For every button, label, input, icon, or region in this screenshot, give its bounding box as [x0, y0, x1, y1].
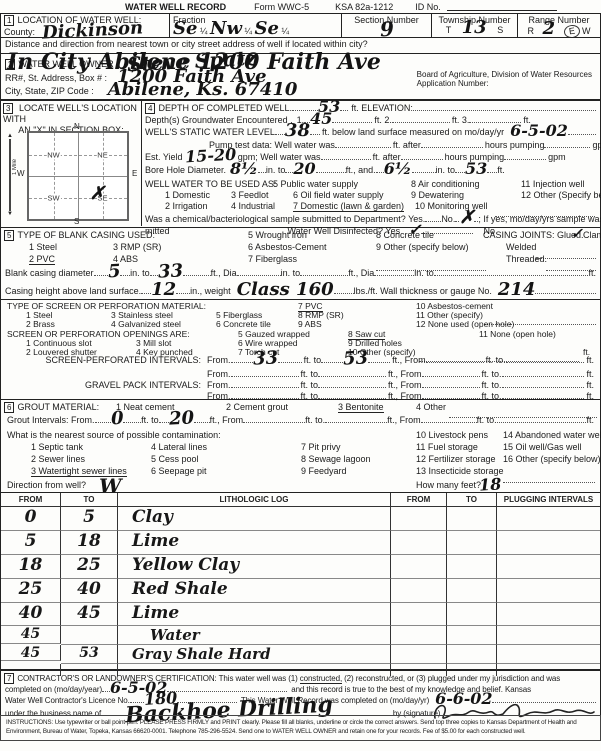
use-option: 12 Other (Specify below)	[521, 190, 601, 200]
joints-threaded-label: Threaded.	[506, 254, 547, 264]
compass-east-label: E	[132, 169, 137, 178]
screen-intervals-label: SCREEN-PERFORATED INTERVALS:	[1, 355, 201, 365]
use-option: 11 Injection well	[521, 179, 584, 189]
agency-name: Board of Agriculture, Division of Water …	[417, 70, 592, 79]
log-to-value: 5	[83, 507, 95, 527]
plug-to-cell	[447, 645, 497, 664]
log-lith-cell: Lime	[118, 603, 391, 626]
casing-height-value: 12	[151, 287, 176, 293]
log-from-value: 25	[19, 579, 43, 599]
ft-from-label: ft., From	[388, 380, 422, 390]
use-option: 2 Irrigation	[165, 201, 208, 211]
gw3-label: ft. 3.	[452, 115, 470, 125]
sample-question: Was a chemical/bacteriological sample su…	[145, 214, 425, 224]
casing-option: 8 Concrete tile	[376, 230, 434, 240]
use-option: 9 Dewatering	[411, 190, 464, 200]
section-number-box: 6	[4, 402, 14, 413]
contamination-option: 11 Fuel storage	[416, 442, 478, 452]
compass-north-label: N	[74, 122, 80, 131]
log-to-value: 40	[77, 579, 101, 599]
grout-title: GROUT MATERIAL:	[17, 402, 99, 412]
quarter-glyph: ¼	[200, 26, 208, 36]
log-header-from2: FROM	[391, 493, 447, 507]
owner-city-label: City, State, ZIP Code :	[5, 86, 94, 96]
log-lith-value: Yellow Clay	[132, 555, 239, 575]
log-lith-cell: Gray Shale Hard	[118, 645, 391, 664]
bore-depth-2-value: 53	[465, 166, 487, 172]
plug-interval-cell	[497, 626, 600, 645]
grout-option: 2 Cement grout	[226, 402, 288, 412]
from-label: From.	[207, 355, 231, 365]
casing-depth-value: 33	[158, 268, 183, 275]
section-screen: TYPE OF SCREEN OR PERFORATION MATERIAL: …	[0, 300, 601, 352]
ft-to-label: ft. to.	[486, 355, 506, 365]
ft-from-label: ft., From	[388, 369, 422, 379]
log-to-cell	[61, 626, 118, 645]
form-title: WATER WELL RECORD	[125, 2, 226, 12]
log-header-plugging: PLUGGING INTERVALS	[497, 493, 600, 507]
log-lith-cell: Clay	[118, 507, 391, 531]
use-option: 5 Public water supply	[273, 179, 358, 189]
section-number-value: 9	[379, 26, 393, 33]
range-label: Range Number	[521, 15, 597, 25]
log-from-cell: 18	[1, 555, 61, 579]
range-r: R	[527, 26, 534, 36]
bore-hole-label: Bore Hole Diameter.	[145, 165, 226, 175]
joints-clamped-label: Clamped.	[583, 230, 601, 240]
log-from-value: 45	[21, 626, 40, 642]
log-to-cell: 40	[61, 579, 118, 603]
township-t: T	[446, 25, 451, 35]
log-to-cell: 25	[61, 555, 118, 579]
ft-label: ft.	[586, 355, 594, 365]
grout-option: 1 Neat cement	[116, 402, 175, 412]
joints-welded-label: Welded	[506, 242, 536, 252]
grout-option: 4 Other	[416, 402, 446, 412]
log-from-cell: 45	[1, 645, 61, 661]
log-from-value: 0	[25, 507, 37, 527]
quarter-glyph: ¼	[281, 26, 289, 36]
contamination-option: 15 Oil well/Gas well	[503, 442, 582, 452]
ft-to-label: ft. to	[301, 369, 319, 379]
fraction-1-value: Se	[173, 18, 197, 39]
use-option: 4 Industrial	[231, 201, 275, 211]
est-yield-label: Est. Yield	[145, 152, 183, 162]
plug-from-cell	[391, 579, 447, 603]
log-from-cell: 40	[1, 603, 61, 626]
log-from-value: 18	[19, 555, 43, 575]
section-intervals: SCREEN-PERFORATED INTERVALS: From. 33 ft…	[0, 352, 601, 400]
ft-dia-label: ft., Dia	[348, 268, 374, 278]
certification-constructed-underlined: constructed,	[300, 674, 342, 684]
casing-option-selected: 2 PVC	[29, 254, 55, 265]
feet-label: How many feet?	[416, 480, 481, 490]
use-option: 3 Feedlot	[231, 190, 269, 200]
owner-city-value: Abilene, Ks. 67410	[108, 87, 298, 93]
section-number-box: 7	[4, 673, 14, 684]
elevation-label: ft. ELEVATION:	[351, 103, 413, 113]
est-yield-value: 15-20	[184, 152, 235, 161]
plug-to-cell	[447, 626, 497, 645]
casing-option: 9 Other (specify below)	[376, 242, 469, 252]
form-header: WATER WELL RECORD Form WWC-5 KSA 82a-121…	[0, 0, 601, 13]
casing-option: 3 RMP (SR)	[113, 242, 161, 252]
one-mile-label: 1 Mile	[12, 159, 18, 175]
ft-to-label: ft. to.	[482, 369, 502, 379]
id-blank-line	[447, 2, 557, 11]
section-location-box-and-depth: 3 LOCATE WELL'S LOCATION WITH AN "X" IN …	[0, 100, 601, 228]
bore-depth-1-value: 20	[293, 166, 315, 172]
log-to-value: 53	[79, 645, 98, 661]
township-value: 13	[462, 17, 487, 38]
log-lith-value: Water	[150, 626, 200, 644]
log-to-cell: 18	[61, 531, 118, 555]
instructions-line-1: INSTRUCTIONS: Use typewriter or ball poi…	[6, 718, 595, 727]
plug-from-cell	[391, 645, 447, 664]
quadrant-sw-label: SW	[46, 193, 60, 202]
plug-interval-cell	[497, 603, 600, 626]
distance-label: Distance and direction from nearest town…	[5, 39, 368, 49]
ft-after-label: ft. after	[393, 140, 421, 150]
ft-from-label: ft., From	[210, 415, 244, 425]
log-from-value: 5	[25, 531, 37, 551]
grout-intervals-label: Grout Intervals: From.	[7, 415, 95, 425]
gpm-label: gpm	[548, 152, 566, 162]
instructions-line-2: Environment, Bureau of Water, Topeka, Ka…	[6, 727, 595, 736]
use-option: 8 Air conditioning	[411, 179, 480, 189]
section-location: 1LOCATION OF WATER WELL: County: Dickins…	[0, 13, 601, 54]
grid-dashed-line	[29, 155, 127, 156]
plug-from-cell	[391, 626, 447, 645]
gravel-intervals-label: GRAVEL PACK INTERVALS:	[1, 380, 201, 390]
in-to-label: in. to	[414, 268, 434, 278]
ft-label: ft.	[586, 380, 594, 390]
log-lith-cell: Lime	[118, 531, 391, 555]
log-lith-value: Clay	[132, 507, 173, 527]
range-value: 2	[542, 18, 555, 39]
casing-option: 7 Fiberglass	[248, 254, 297, 264]
log-from-cell: 5	[1, 531, 61, 555]
lithologic-log-table: FROM TO LITHOLOGIC LOG FROM TO PLUGGING …	[0, 492, 601, 670]
log-header-to: TO	[61, 493, 118, 507]
ft-to-label: ft. to.	[477, 415, 497, 425]
in-to-label: in. to	[436, 165, 456, 175]
plug-interval-cell	[497, 645, 600, 664]
direction-value: W	[99, 483, 121, 489]
use-option-selected: 7 Domestic (lawn & garden)	[293, 201, 404, 212]
section-box-title-1: LOCATE WELL'S LOCATION WITH	[3, 103, 137, 124]
joints-glued-mark: ✓	[571, 231, 583, 237]
contamination-option: 6 Seepage pit	[151, 466, 207, 476]
sample-no-mark: ✗	[459, 215, 474, 221]
ft-from-label: ft., From	[392, 355, 426, 365]
log-to-value: 45	[77, 603, 101, 623]
contamination-option: 1 Septic tank	[31, 442, 83, 452]
ft-dia-label: ft., Dia	[211, 268, 237, 278]
casing-option: 1 Steel	[29, 242, 57, 252]
gauge-value: 214	[498, 287, 536, 293]
section-casing: 5TYPE OF BLANK CASING USED: 5 Wrought ir…	[0, 228, 601, 300]
section-number-box: 5	[4, 230, 14, 241]
depth-label: DEPTH OF COMPLETED WELL.	[158, 103, 292, 113]
from-label: From.	[207, 369, 231, 379]
log-header-to2: TO	[447, 493, 497, 507]
plug-from-cell	[391, 555, 447, 579]
sample-question-cont: ; If yes, mo/day/yrs sample was sub-	[478, 214, 601, 224]
from-label: From.	[207, 380, 231, 390]
county-label: County:	[4, 27, 35, 37]
fraction-2-value: Nw	[210, 18, 242, 39]
casing-height-label: Casing height above land surface.	[5, 286, 141, 296]
contamination-option: 9 Feedyard	[301, 466, 347, 476]
arrow-down-icon: ▼	[7, 211, 13, 217]
log-lith-value: Red Shale	[132, 579, 228, 599]
joints-label: CASING JOINTS: Glued.	[483, 230, 584, 240]
agency-block: Board of Agriculture, Division of Water …	[417, 70, 592, 88]
in-to-label: in. to	[130, 268, 150, 278]
bore-dia-1-value: 8½	[230, 166, 258, 172]
groundwater-label: Depth(s) Groundwater Encountered .	[145, 115, 293, 125]
gpm-label: gpm	[592, 140, 601, 150]
screen-interval-to-value: 53	[343, 355, 368, 362]
log-to-value: 18	[77, 531, 101, 551]
sample-no-label: No.	[441, 214, 455, 224]
groundwater-value: 45	[310, 116, 332, 122]
water-well-record-form: WATER WELL RECORD Form WWC-5 KSA 82a-121…	[0, 0, 601, 751]
bore-dia-2-value: 6½	[384, 166, 412, 172]
static-suffix-label: ft. below land surface measured on mo/da…	[322, 127, 504, 137]
form-number: Form WWC-5	[254, 2, 309, 12]
plug-interval-cell	[497, 507, 600, 531]
statute-number: KSA 82a-1212	[335, 2, 393, 12]
ft-and-label: ft., and.	[346, 165, 376, 175]
section-number-box: 3	[3, 103, 13, 114]
section-box-panel: 3 LOCATE WELL'S LOCATION WITH AN "X" IN …	[1, 101, 142, 226]
gw2-label: ft. 2.	[374, 115, 392, 125]
quadrant-nw-label: NW	[46, 150, 61, 159]
casing-diameter-label: Blank casing diameter	[5, 268, 94, 278]
static-date-value: 6-5-02	[510, 128, 568, 134]
wall-thickness-label: lbs./ft. Wall thickness or gauge No.	[354, 286, 492, 296]
use-option: 6 Oil field water supply	[293, 190, 384, 200]
ft-to-label: ft. to	[301, 380, 319, 390]
log-header-from: FROM	[1, 493, 61, 507]
ft-to-label: ft. to	[304, 355, 322, 365]
county-value: Dickinson	[42, 25, 143, 36]
ft-label: ft.	[586, 415, 594, 425]
use-option: 1 Domestic	[165, 190, 210, 200]
township-s: S	[497, 25, 503, 35]
contamination-option: 14 Abandoned water well	[503, 430, 601, 440]
range-west: W	[582, 26, 591, 36]
section-certification: 7 CONTRACTOR'S OR LANDOWNER'S CERTIFICAT…	[0, 670, 601, 715]
log-to-cell: 53	[61, 645, 118, 664]
ft-from-label: ft., From	[387, 415, 421, 425]
plug-to-cell	[447, 507, 497, 531]
contamination-option: 16 Other (specify below)	[503, 454, 601, 464]
plug-to-cell	[447, 579, 497, 603]
section-number-box: 1	[4, 15, 14, 26]
grid-horizontal-midline	[29, 176, 127, 177]
log-from-cell: 45	[1, 626, 61, 644]
grid-dashed-line	[54, 133, 55, 219]
log-from-cell: 0	[1, 507, 61, 531]
log-from-value: 40	[19, 603, 43, 623]
quarter-glyph: ¼	[244, 26, 252, 36]
use-title: WELL WATER TO BE USED AS:	[145, 179, 276, 189]
in-to-label: in. to	[281, 268, 301, 278]
hours-pumping-label: hours pumping	[485, 140, 545, 150]
weight-label: in., weight	[190, 286, 231, 296]
plug-to-cell	[447, 603, 497, 626]
log-lith-cell: Water	[118, 626, 391, 645]
contamination-option: 5 Cess pool	[151, 454, 199, 464]
contamination-question: What is the nearest source of possible c…	[7, 430, 221, 440]
application-number-label: Application Number:	[417, 79, 592, 88]
direction-label: Direction from well?	[7, 480, 86, 490]
depth-panel: 4 DEPTH OF COMPLETED WELL. 53 ft. ELEVAT…	[143, 101, 600, 226]
plug-from-cell	[391, 507, 447, 531]
certification-text: (2) reconstructed, or (3) plugged under …	[344, 674, 560, 683]
in-to-label: in. to	[266, 165, 286, 175]
log-to-value: 25	[77, 555, 101, 575]
fraction-3-value: Se	[255, 18, 279, 39]
plug-interval-cell	[497, 555, 600, 579]
plug-to-cell	[447, 555, 497, 579]
contamination-option: 12 Fertilizer storage	[416, 454, 496, 464]
grout-to-value: 20	[168, 415, 193, 422]
location-x-mark: ✗	[90, 191, 105, 197]
section-number-box: 4	[145, 103, 155, 114]
casing-diameter-value: 5	[107, 269, 120, 276]
screen-interval-from-value: 33	[252, 355, 277, 362]
contamination-option: 7 Pit privy	[301, 442, 341, 452]
log-lith-cell: Red Shale	[118, 579, 391, 603]
licence-label: Water Well Contractor's Licence No.	[5, 696, 130, 705]
log-header-lithologic: LITHOLOGIC LOG	[118, 493, 391, 507]
use-option: 10 Monitoring well	[415, 201, 488, 211]
casing-option: 6 Asbestos-Cement	[248, 242, 327, 252]
log-lith-value: Lime	[132, 603, 179, 623]
static-level-label: WELL'S STATIC WATER LEVEL	[145, 127, 275, 137]
instructions-footer: INSTRUCTIONS: Use typewriter or ball poi…	[0, 715, 601, 741]
plug-interval-cell	[497, 579, 600, 603]
distance-value: In City Abilene 1200 Faith Ave	[7, 59, 381, 65]
compass-south-label: S	[74, 217, 79, 226]
arrow-line	[9, 139, 10, 211]
quadrant-ne-label: NE	[96, 150, 108, 159]
ft-to-label: ft. to.	[305, 415, 325, 425]
plug-from-cell	[391, 603, 447, 626]
feet-value: 18	[479, 481, 502, 488]
log-lith-cell: Yellow Clay	[118, 555, 391, 579]
ft-label: ft.	[588, 268, 596, 278]
contamination-option: 4 Lateral lines	[151, 442, 207, 452]
id-label: ID No.	[415, 2, 441, 12]
log-to-cell: 45	[61, 603, 118, 626]
grout-from-value: 0	[110, 416, 123, 423]
casing-weight-value: Class 160	[237, 287, 334, 293]
contamination-option: 10 Livestock pens	[416, 430, 488, 440]
plug-from-cell	[391, 531, 447, 555]
casing-title: TYPE OF BLANK CASING USED:	[17, 230, 155, 240]
completed-on-label: completed on (mo/day/year)	[5, 685, 102, 694]
contamination-option: 2 Sewer lines	[31, 454, 85, 464]
section-grid: NW NE SW SE ✗	[27, 131, 129, 221]
grout-option-selected: 3 Bentonite	[338, 402, 384, 413]
ft-label: ft.	[497, 165, 505, 175]
log-lith-value: Gray Shale Hard	[132, 645, 271, 663]
grid-dashed-line	[29, 198, 127, 199]
log-to-cell: 5	[61, 507, 118, 531]
log-lith-value: Lime	[132, 531, 179, 551]
ft-to-label: ft. to.	[482, 380, 502, 390]
grid-dashed-line	[103, 133, 104, 219]
contamination-option: 8 Sewage lagoon	[301, 454, 371, 464]
section-grout: 6GROUT MATERIAL: 1 Neat cement 2 Cement …	[0, 400, 601, 492]
ft-to-label: ft. to	[141, 415, 159, 425]
log-from-value: 45	[21, 645, 40, 661]
plug-to-cell	[447, 531, 497, 555]
plug-interval-cell	[497, 531, 600, 555]
static-level-value: 38	[285, 128, 310, 134]
ft-label: ft.	[586, 369, 594, 379]
compass-west-label: W	[17, 169, 25, 178]
log-from-cell: 25	[1, 579, 61, 603]
casing-option: 5 Wrought iron	[248, 230, 307, 240]
